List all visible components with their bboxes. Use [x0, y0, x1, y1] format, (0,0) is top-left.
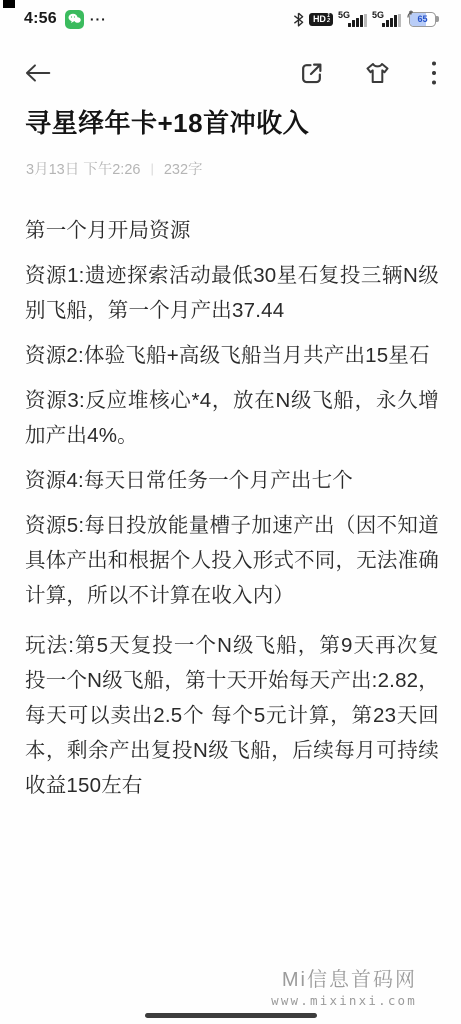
- meta-separator: |: [150, 161, 153, 176]
- share-button[interactable]: [299, 61, 324, 86]
- wechat-notification-icon: [65, 10, 84, 29]
- battery-icon: 65: [409, 12, 439, 27]
- bluetooth-icon: [293, 12, 304, 27]
- tshirt-icon: [364, 61, 391, 85]
- note-paragraph: 资源3:反应堆核心*4，放在N级飞船，永久增加产出4%。: [25, 383, 439, 453]
- charging-plug-icon: [407, 10, 415, 18]
- note-paragraph: 资源1:遗迹探索活动最低30星石复投三辆N级别飞船，第一个月产出37.44: [25, 258, 439, 328]
- hd-sim-indicators: 12: [327, 14, 330, 24]
- note-date: 3月13日 下午2:26: [26, 158, 140, 179]
- hd-volte-badge: HD 12: [309, 13, 333, 26]
- back-arrow-icon: [24, 62, 51, 84]
- watermark-site-url: www.mixinxi.com: [271, 993, 417, 1008]
- home-indicator[interactable]: [145, 1013, 317, 1018]
- note-meta: 3月13日 下午2:26 | 232字: [26, 158, 203, 179]
- theme-button[interactable]: [364, 61, 391, 85]
- note-word-count: 232字: [164, 158, 203, 179]
- site-watermark: Mi信息首码网 www.mixinxi.com: [271, 967, 417, 1008]
- phone-screen: 4:56 ··· HD 12 5G: [0, 0, 461, 1024]
- share-export-icon: [299, 61, 324, 86]
- watermark-site-name: Mi信息首码网: [271, 967, 417, 993]
- note-paragraph: 资源4:每天日常任务一个月产出七个: [25, 463, 439, 498]
- kebab-menu-icon: [431, 60, 437, 86]
- wechat-bubbles-glyph: [68, 13, 81, 25]
- note-paragraph: 第一个月开局资源: [25, 213, 439, 248]
- note-title[interactable]: 寻星绎年卡+18首冲收入: [25, 103, 436, 140]
- menu-button[interactable]: [431, 60, 437, 86]
- note-paragraph: 资源2:体验飞船+高级飞船当月共产出15星石: [25, 338, 439, 373]
- sim1-signal-icon: 5G: [338, 11, 367, 28]
- back-button[interactable]: [24, 62, 51, 84]
- note-paragraph: 资源5:每日投放能量槽子加速产出（因不知道具体产出和根据个人投入形式不同，无法准…: [25, 508, 439, 613]
- note-body[interactable]: 第一个月开局资源 资源1:遗迹探索活动最低30星石复投三辆N级别飞船，第一个月产…: [25, 213, 439, 813]
- clock: 4:56: [24, 10, 57, 28]
- note-toolbar: [0, 50, 461, 96]
- more-notifications-indicator: ···: [90, 11, 107, 27]
- note-paragraph: 玩法:第5天复投一个N级飞船，第9天再次复投一个N级飞船，第十天开始每天产出:2…: [25, 628, 439, 803]
- status-bar: 4:56 ··· HD 12 5G: [0, 6, 461, 32]
- sim2-signal-icon: 5G: [372, 11, 401, 28]
